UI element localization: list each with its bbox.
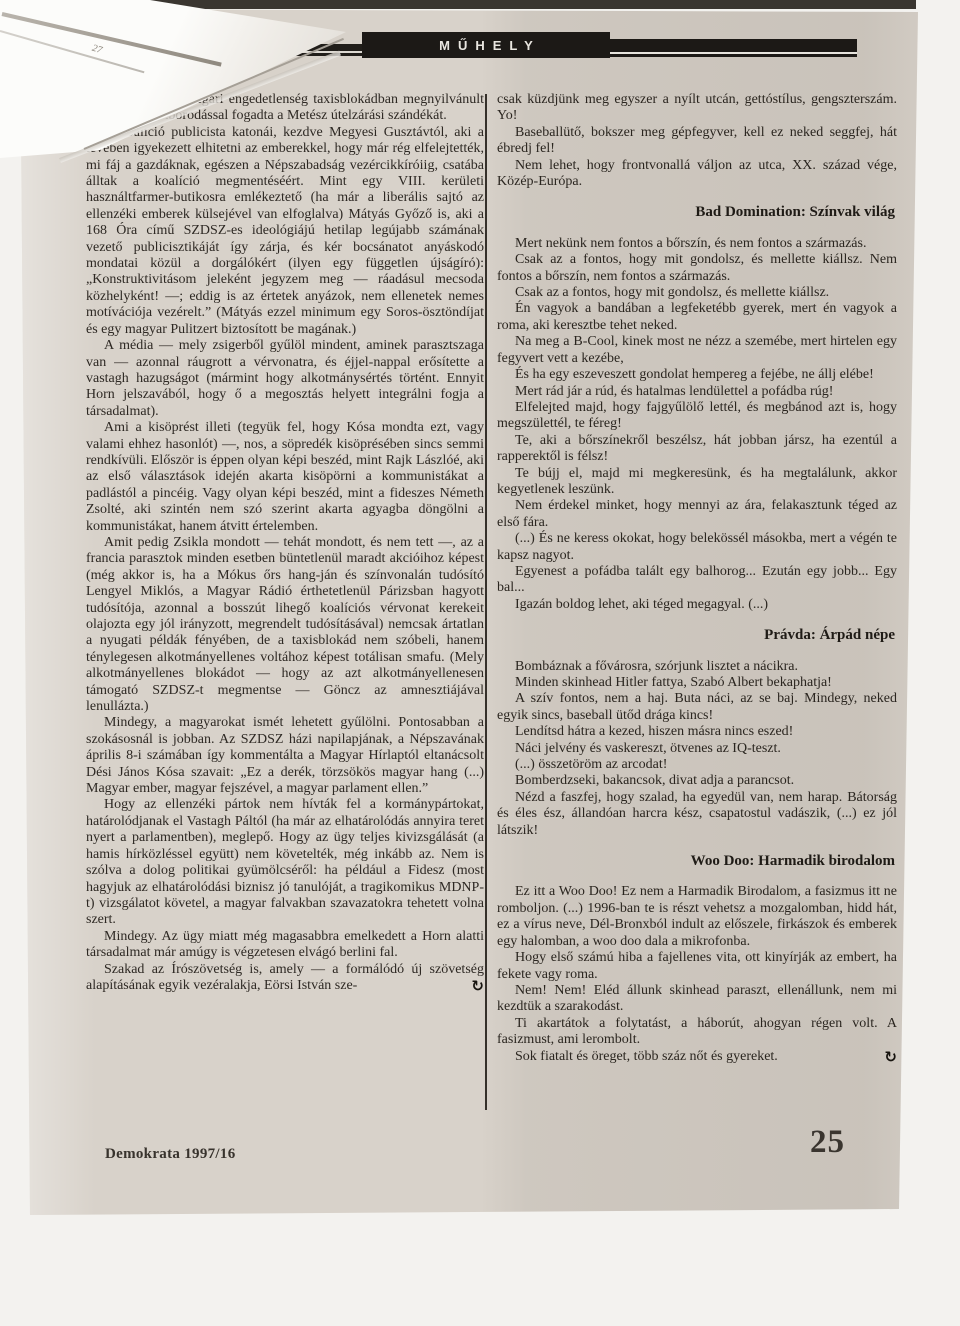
lyric-line: csak küzdjünk meg egyszer a nyílt utcán,… <box>497 92 897 125</box>
continued-arrow-icon: ↻ <box>453 979 484 994</box>
lyric-line: Minden skinhead Hitler fattya, Szabó Alb… <box>497 675 897 691</box>
paragraph-text: Sok fiatalt és öreget, több száz nőt és … <box>515 1049 778 1064</box>
lyric-line: Mert nekünk nem fontos a bőrszín, és nem… <box>497 236 897 252</box>
lyric-line: Te bújj el, majd mi megkeresünk, és ha m… <box>497 466 897 499</box>
lyric-line: Lendítsd hátra a kezed, hiszen másra nin… <box>497 724 897 740</box>
right-column: csak küzdjünk meg egyszer a nyílt utcán,… <box>497 92 897 1065</box>
lyric-line: Csak az a fontos, hogy mit gondolsz, és … <box>497 252 897 285</box>
lyric-line: Csak az a fontos, hogy mit gondolsz, és … <box>497 285 897 301</box>
lyric-line: És ha egy eszeveszett gondolat hempereg … <box>497 367 897 383</box>
lyric-line: Bombáznak a fővárosra, szórjunk lisztet … <box>497 659 897 675</box>
page-number: 25 <box>810 1124 845 1161</box>
lyric-line: Baseballütő, bokszer meg gépfegyver, kel… <box>497 125 897 158</box>
lyric-line: (...) És ne keress okokat, hogy beleköss… <box>497 531 897 564</box>
lyric-line: Én vagyok a bandában a legfeketébb gyere… <box>497 301 897 334</box>
header-rule-right <box>610 39 857 57</box>
lyric-line: Hogy első számú hiba a fajellenes vita, … <box>497 950 897 983</box>
song-title-heading: Bad Domination: Színvak világ <box>497 204 895 220</box>
article-paragraph: Ami a kisöprést illeti (tegyük fel, hogy… <box>86 420 484 535</box>
article-paragraph: Mindegy. Az ügy miatt még magasabbra eme… <box>86 929 484 962</box>
lyric-line: Mert rád jár a rúd, és hatalmas lendület… <box>497 384 897 400</box>
lyric-line: Nézd a faszfej, hogy szalad, ha egyedül … <box>497 790 897 839</box>
lyric-line: Náci jelvény és vaskereszt, ötvenes az I… <box>497 741 897 757</box>
lyric-line: Ti akartátok a folytatást, a háborút, ah… <box>497 1016 897 1049</box>
lyric-line: A szív fontos, nem a haj. Buta náci, az … <box>497 691 897 724</box>
lyric-line: Sok fiatalt és öreget, több száz nőt és … <box>497 1049 897 1065</box>
column-divider <box>485 94 487 1110</box>
continued-arrow-icon: ↻ <box>866 1050 897 1065</box>
lyric-line: Elfelejted majd, hogy fajgyűlölő lettél,… <box>497 400 897 433</box>
lyric-line: Nem lehet, hogy frontvonallá váljon az u… <box>497 158 897 191</box>
section-title: MŰHELY <box>431 38 541 53</box>
song-title-heading: Právda: Árpád népe <box>497 627 895 643</box>
article-paragraph: A média — mely zsigerből gyűlöl mindent,… <box>86 338 484 420</box>
article-paragraph: Hogy az ellenzéki pártok nem hívták fel … <box>86 797 484 928</box>
article-paragraph: Mindegy, a magyarokat ismét lehetett gyű… <box>86 715 484 797</box>
paragraph-text: Szakad az Írószövetség is, amely — a for… <box>86 962 484 993</box>
lyric-line: Egyenest a pofádba talált egy balhorog..… <box>497 564 897 597</box>
lyric-line: Te, aki a bőrszínekről beszélsz, hát job… <box>497 433 897 466</box>
article-paragraph: Amit pedig Zsikla mondott — tehát mondot… <box>86 535 484 715</box>
song-title-heading: Woo Doo: Harmadik birodalom <box>497 853 895 869</box>
lyric-line: Na meg a B-Cool, kinek most ne nézz a sz… <box>497 334 897 367</box>
lyric-line: Igazán boldog lehet, aki téged megagyal.… <box>497 597 897 613</box>
scanned-magazine-page: MŰHELY núsága szerint a polgári engedetl… <box>0 0 960 1326</box>
article-paragraph: A koalíció publicista katonái, kezdve Me… <box>86 125 484 338</box>
left-column: núsága szerint a polgári engedetlenség t… <box>86 92 484 994</box>
article-paragraph: Szakad az Írószövetség is, amely — a for… <box>86 962 484 995</box>
lyric-line: Nem érdekel minket, hogy mennyi az ára, … <box>497 498 897 531</box>
lyric-line: Bomberdzseki, bakancsok, divat adja a pa… <box>497 773 897 789</box>
lyric-line: Ez itt a Woo Doo! Ez nem a Harmadik Biro… <box>497 884 897 950</box>
issue-label: Demokrata 1997/16 <box>105 1146 236 1163</box>
header-title-block: MŰHELY <box>362 32 610 58</box>
magazine-page: MŰHELY núsága szerint a polgári engedetl… <box>0 0 960 1326</box>
lyric-line: (...) összetöröm az arcodat! <box>497 757 897 773</box>
lyric-line: Nem! Nem! Eléd állunk skinhead paraszt, … <box>497 983 897 1016</box>
